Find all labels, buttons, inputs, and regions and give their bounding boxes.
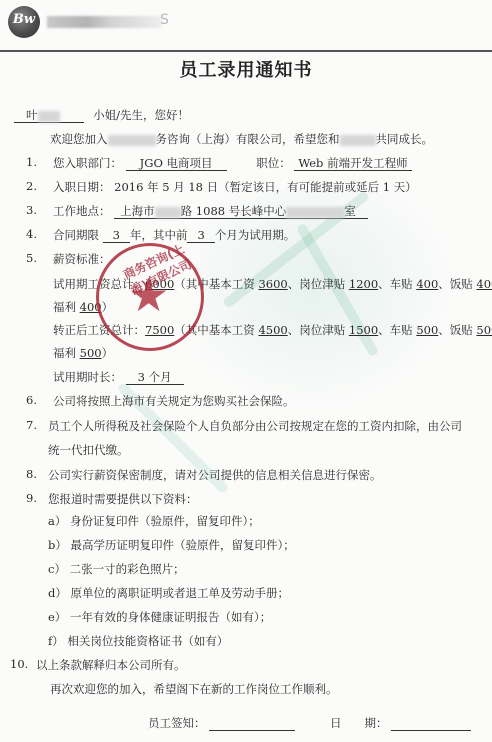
seal-text: 商务咨询(上海)有限公司 <box>100 248 200 348</box>
material-item: c） 二张一寸的彩色照片； <box>48 561 185 577</box>
material-item: d） 原单位的离职证明或者退工单及劳动手册； <box>48 585 289 601</box>
material-item: b） 最高学历证明复印件（验原件，留复印件）； <box>48 537 295 553</box>
item-number: 4. <box>26 227 37 241</box>
logo-text: Bw <box>10 12 38 27</box>
document-title: 员工录用通知书 <box>0 56 492 82</box>
offer-letter-page: Bw S 员工录用通知书 叶 小姐/先生，您好！ 欢迎您加入务咨询（上海）有限公… <box>0 0 492 742</box>
probation-length: 试用期时长： 3 个月 <box>53 369 184 385</box>
letterhead: Bw S <box>0 0 492 50</box>
header-divider <box>0 50 492 52</box>
item-department: 您入职部门： JGO 电商项目 职位： Web 前端开发工程师 <box>53 155 412 171</box>
material-item: e） 一年有效的身体健康证明报告（如有）； <box>48 609 271 625</box>
work-address: 上海市路 1088 号长峰中心室 <box>114 204 368 219</box>
item-number: 8. <box>26 467 37 481</box>
greeting-line: 叶 小姐/先生，您好！ <box>14 107 189 123</box>
salutation: 小姐/先生，您好！ <box>93 108 189 122</box>
employee-signature-line[interactable] <box>209 718 295 731</box>
item-number: 9. <box>26 491 37 505</box>
company-name-redacted <box>47 16 162 28</box>
material-item: f） 相关岗位技能资格证书（如有） <box>48 633 228 649</box>
item-number: 1. <box>26 155 37 169</box>
employee-signature: 员工签知： <box>148 715 295 731</box>
item-materials-heading: 您报道时需要提供以下资料： <box>48 491 198 507</box>
material-item: a） 身份证复印件（验原件，留复印件）； <box>48 513 260 529</box>
item-social-insurance: 公司将按照上海市有关规定为您购买社会保险。 <box>53 393 295 409</box>
item-start-date: 入职日期： 2016 年 5 月 18 日（暂定该日，有可能提前或延后 1 天） <box>53 179 417 195</box>
item-number: 6. <box>26 393 37 407</box>
recipient-name: 叶 <box>14 108 84 123</box>
contract-years: 3 <box>103 228 130 243</box>
item-tax-line1: 员工个人所得税及社会保险个人自负部分由公司按规定在您的工资内扣除，由公司 <box>48 418 462 434</box>
position-value: Web 前端开发工程师 <box>294 156 411 171</box>
item-number: 10. <box>10 657 28 671</box>
closing-text: 再次欢迎您的加入，希望阁下在新的工作岗位工作顺利。 <box>50 681 338 697</box>
company-name-suffix: S <box>160 12 169 28</box>
start-date-value: 2016 年 5 月 18 日（暂定该日，有可能提前或延后 1 天） <box>114 180 417 194</box>
welcome-line: 欢迎您加入务咨询（上海）有限公司，希望您和共同成长。 <box>50 131 433 147</box>
item-number: 3. <box>26 203 37 217</box>
item-number: 2. <box>26 179 37 193</box>
item-work-location: 工作地点： 上海市路 1088 号长峰中心室 <box>53 203 368 219</box>
item-contract-term: 合同期限 3年，其中前3个月为试用期。 <box>53 227 295 243</box>
item-confidentiality: 公司实行薪资保密制度，请对公司提供的信息相关信息进行保密。 <box>48 467 382 483</box>
signature-date: 日 期： <box>330 715 471 731</box>
date-signature-line[interactable] <box>391 718 471 731</box>
probation-length-value: 3 个月 <box>126 370 184 385</box>
item-tax-line2: 统一代扣代缴。 <box>48 442 129 458</box>
department-value: JGO 电商项目 <box>126 156 227 171</box>
item-number: 7. <box>26 418 37 432</box>
item-interpretation: 以上条款解释归本公司所有。 <box>36 657 186 673</box>
item-number: 5. <box>26 251 37 265</box>
